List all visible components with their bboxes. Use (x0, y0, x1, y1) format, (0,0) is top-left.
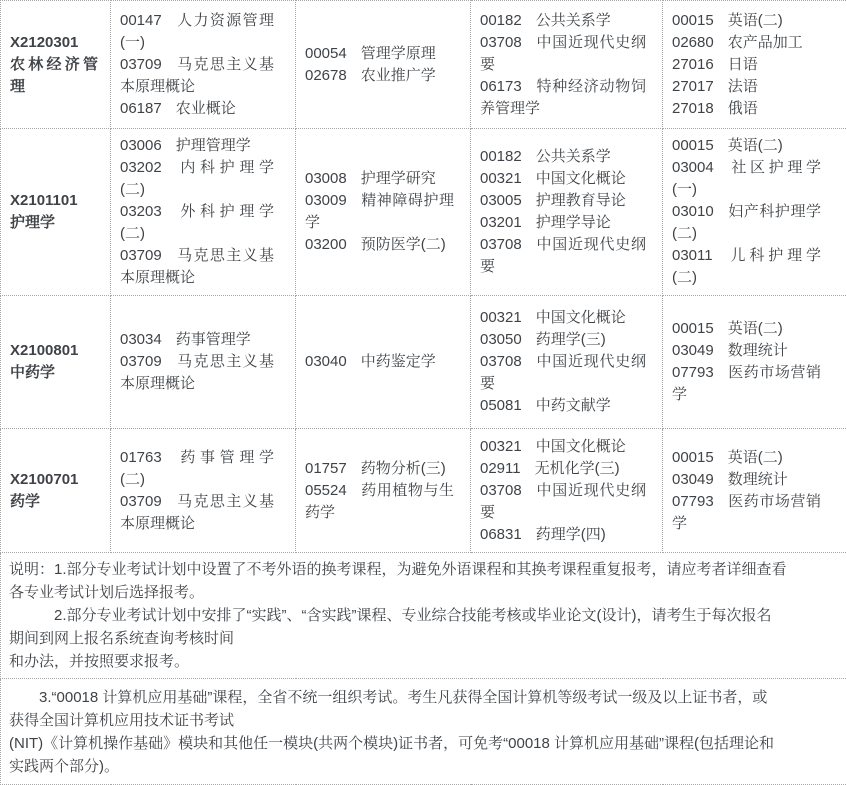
course-code: 03006 (120, 137, 162, 154)
course-title: 英语(二) (728, 320, 783, 337)
course-code: 03708 (480, 34, 522, 51)
notes-cell-1: 说明：1.部分专业考试计划中设置了不考外语的换考课程，为避免外语课程和其换考课程… (1, 553, 847, 679)
course-title: 护理管理学 (176, 137, 251, 154)
course-item: 03709马克思主义基本原理概论 (120, 491, 274, 535)
course-code: 03049 (672, 471, 714, 488)
course-title: 公共关系学 (536, 12, 611, 29)
course-item: 27018俄语 (672, 98, 821, 120)
course-item: 06173特种经济动物饲养管理学 (480, 76, 646, 120)
course-item: 03708中国近现代史纲要 (480, 32, 646, 76)
course-group-cell: 00054管理学原理02678农业推广学 (296, 1, 471, 129)
course-title: 英语(二) (728, 12, 783, 29)
course-code: 02911 (480, 460, 521, 477)
course-group-cell: 00015英语(二)03004社区护理学(一)03010妇产科护理学(二)030… (663, 129, 847, 296)
course-title: 药物分析(三) (361, 460, 446, 477)
course-item: 27017法语 (672, 76, 821, 98)
major-cell: X2101101护理学 (1, 129, 111, 296)
course-item: 03040中药鉴定学 (305, 351, 454, 373)
course-code: 05081 (480, 397, 522, 414)
course-code: 00182 (480, 148, 522, 165)
course-code: 27018 (672, 100, 714, 117)
course-title: 护理学导论 (536, 214, 611, 231)
course-group-cell: 00182公共关系学03708中国近现代史纲要06173特种经济动物饲养管理学 (471, 1, 663, 129)
course-code: 03011 (672, 247, 713, 264)
notes-cell-2: 3.“00018 计算机应用基础”课程，全省不统一组织考试。考生凡获得全国计算机… (1, 679, 847, 785)
course-code: 00015 (672, 449, 714, 466)
course-title: 中药鉴定学 (361, 353, 436, 370)
course-item: 03050药理学(三) (480, 329, 646, 351)
course-item: 03708中国近现代史纲要 (480, 480, 646, 524)
course-item: 02678农业推广学 (305, 65, 454, 87)
note-line: 和办法，并按照要求报考。 (9, 650, 839, 673)
course-code: 00321 (480, 438, 522, 455)
course-code: 27016 (672, 56, 714, 73)
course-item: 03201护理学导论 (480, 212, 646, 234)
course-group-cell: 03034药事管理学03709马克思主义基本原理概论 (111, 296, 296, 429)
course-item: 03708中国近现代史纲要 (480, 351, 646, 395)
course-item: 00015英语(二) (672, 447, 821, 469)
course-title: 数理统计 (728, 471, 788, 488)
course-item: 01757药物分析(三) (305, 458, 454, 480)
course-code: 00182 (480, 12, 522, 29)
course-title: 护理学研究 (361, 170, 436, 187)
course-code: 03004 (672, 159, 714, 176)
course-code: 03709 (120, 247, 162, 264)
course-item: 02911无机化学(三) (480, 458, 646, 480)
course-title: 管理学原理 (361, 45, 436, 62)
course-title: 药理学(三) (536, 331, 606, 348)
note-line: 获得全国计算机应用技术证书考试 (9, 709, 839, 732)
course-code: 03203 (120, 203, 162, 220)
course-code: 03010 (672, 203, 714, 220)
course-code: 03708 (480, 236, 522, 253)
course-code: 03009 (305, 192, 347, 209)
course-code: 00015 (672, 12, 714, 29)
major-code: X2100801 (10, 340, 98, 362)
course-item: 03708中国近现代史纲要 (480, 234, 646, 278)
note-line: 实践两个部分)。 (9, 755, 839, 778)
course-title: 药事管理学 (176, 331, 251, 348)
course-item: 03008护理学研究 (305, 168, 454, 190)
exam-course-plan-table: X2120301农林经济管理00147人力资源管理(一)03709马克思主义基本… (0, 0, 847, 785)
course-code: 05524 (305, 482, 347, 499)
course-item: 00015英语(二) (672, 10, 821, 32)
course-item: 03005护理教育导论 (480, 190, 646, 212)
course-code: 00015 (672, 137, 714, 154)
course-group-cell: 01763药事管理学(二)03709马克思主义基本原理概论 (111, 429, 296, 553)
course-code: 06831 (480, 526, 522, 543)
course-group-cell: 03040中药鉴定学 (296, 296, 471, 429)
course-title: 药理学(四) (536, 526, 606, 543)
course-item: 05081中药文献学 (480, 395, 646, 417)
course-code: 03005 (480, 192, 522, 209)
course-item: 01763药事管理学(二) (120, 447, 274, 491)
course-item: 03049数理统计 (672, 469, 821, 491)
course-item: 03010妇产科护理学(二) (672, 201, 821, 245)
course-code: 02680 (672, 34, 714, 51)
course-code: 03200 (305, 236, 347, 253)
course-title: 中国文化概论 (536, 438, 626, 455)
course-item: 00321中国文化概论 (480, 307, 646, 329)
course-group-cell: 00321中国文化概论03050药理学(三)03708中国近现代史纲要05081… (471, 296, 663, 429)
course-item: 00015英语(二) (672, 318, 821, 340)
course-code: 03049 (672, 342, 714, 359)
course-group-cell: 00147人力资源管理(一)03709马克思主义基本原理概论06187农业概论 (111, 1, 296, 129)
notes-row-2: 3.“00018 计算机应用基础”课程，全省不统一组织考试。考生凡获得全国计算机… (1, 679, 847, 785)
course-item: 00054管理学原理 (305, 43, 454, 65)
course-item: 03709马克思主义基本原理概论 (120, 54, 274, 98)
course-item: 06831药理学(四) (480, 524, 646, 546)
note-line: 2.部分专业考试计划中安排了“实践”、“含实践”课程、专业综合技能考核或毕业论文… (9, 604, 839, 627)
course-code: 27017 (672, 78, 714, 95)
major-code: X2120301 (10, 32, 98, 54)
course-code: 07793 (672, 493, 714, 510)
major-name: 中药学 (10, 362, 98, 384)
course-item: 07793医药市场营销学 (672, 491, 821, 535)
course-item: 03049数理统计 (672, 340, 821, 362)
course-item: 03009精神障碍护理学 (305, 190, 454, 234)
major-row: X2100701药学01763药事管理学(二)03709马克思主义基本原理概论0… (1, 429, 847, 553)
course-group-cell: 03008护理学研究03009精神障碍护理学03200预防医学(二) (296, 129, 471, 296)
course-code: 03708 (480, 353, 522, 370)
course-code: 00321 (480, 170, 522, 187)
course-group-cell: 00182公共关系学00321中国文化概论03005护理教育导论03201护理学… (471, 129, 663, 296)
course-group-cell: 00321中国文化概论02911无机化学(三)03708中国近现代史纲要0683… (471, 429, 663, 553)
major-name: 护理学 (10, 212, 98, 234)
course-title: 农产品加工 (728, 34, 803, 51)
course-item: 03006护理管理学 (120, 135, 274, 157)
course-group-cell: 00015英语(二)03049数理统计07793医药市场营销学 (663, 429, 847, 553)
course-item: 05524药用植物与生药学 (305, 480, 454, 524)
course-code: 03709 (120, 493, 162, 510)
course-code: 03040 (305, 353, 347, 370)
course-title: 无机化学(三) (535, 460, 620, 477)
course-code: 00321 (480, 309, 522, 326)
major-row: X2100801中药学03034药事管理学03709马克思主义基本原理概论030… (1, 296, 847, 429)
major-cell: X2100801中药学 (1, 296, 111, 429)
course-item: 03200预防医学(二) (305, 234, 454, 256)
major-cell: X2100701药学 (1, 429, 111, 553)
note-line: (NIT)《计算机操作基础》模块和其他任一模块(共两个模块)证书者，可免考“00… (9, 732, 839, 755)
course-item: 00321中国文化概论 (480, 168, 646, 190)
note-line: 期间到网上报名系统查询考核时间 (9, 627, 839, 650)
course-group-cell: 01757药物分析(三)05524药用植物与生药学 (296, 429, 471, 553)
course-item: 06187农业概论 (120, 98, 274, 120)
course-title: 预防医学(二) (361, 236, 446, 253)
course-item: 00147人力资源管理(一) (120, 10, 274, 54)
note-line: 说明：1.部分专业考试计划中设置了不考外语的换考课程，为避免外语课程和其换考课程… (9, 558, 839, 581)
course-title: 中药文献学 (536, 397, 611, 414)
course-group-cell: 00015英语(二)03049数理统计07793医药市场营销学 (663, 296, 847, 429)
course-code: 03008 (305, 170, 347, 187)
course-title: 农业概论 (176, 100, 236, 117)
course-title: 法语 (728, 78, 758, 95)
course-item: 00015英语(二) (672, 135, 821, 157)
major-row: X2120301农林经济管理00147人力资源管理(一)03709马克思主义基本… (1, 1, 847, 129)
course-group-cell: 03006护理管理学03202内科护理学(二)03203外科护理学(二)0370… (111, 129, 296, 296)
course-code: 03709 (120, 353, 162, 370)
course-code: 03050 (480, 331, 522, 348)
course-title: 中国文化概论 (536, 309, 626, 326)
course-group-cell: 00015英语(二)02680农产品加工27016日语27017法语27018俄… (663, 1, 847, 129)
course-title: 俄语 (728, 100, 758, 117)
course-code: 00054 (305, 45, 347, 62)
course-title: 护理教育导论 (536, 192, 626, 209)
course-code: 00015 (672, 320, 714, 337)
course-item: 00182公共关系学 (480, 146, 646, 168)
course-title: 农业推广学 (361, 67, 436, 84)
course-item: 03011儿科护理学(二) (672, 245, 821, 289)
course-item: 03709马克思主义基本原理概论 (120, 351, 274, 395)
course-title: 公共关系学 (536, 148, 611, 165)
course-item: 07793医药市场营销学 (672, 362, 821, 406)
course-item: 27016日语 (672, 54, 821, 76)
course-item: 00182公共关系学 (480, 10, 646, 32)
course-title: 中国文化概论 (536, 170, 626, 187)
course-title: 英语(二) (728, 137, 783, 154)
course-code: 01763 (120, 449, 162, 466)
course-code: 06187 (120, 100, 162, 117)
course-item: 03034药事管理学 (120, 329, 274, 351)
major-row: X2101101护理学03006护理管理学03202内科护理学(二)03203外… (1, 129, 847, 296)
course-code: 03708 (480, 482, 522, 499)
major-name: 药学 (10, 491, 98, 513)
course-item: 03202内科护理学(二) (120, 157, 274, 201)
course-item: 03709马克思主义基本原理概论 (120, 245, 274, 289)
major-cell: X2120301农林经济管理 (1, 1, 111, 129)
course-code: 03034 (120, 331, 162, 348)
note-line: 各专业考试计划后选择报考。 (9, 581, 839, 604)
course-code: 03201 (480, 214, 522, 231)
notes-row-1: 说明：1.部分专业考试计划中设置了不考外语的换考课程，为避免外语课程和其换考课程… (1, 553, 847, 679)
exam-course-plan-body: X2120301农林经济管理00147人力资源管理(一)03709马克思主义基本… (1, 1, 847, 785)
course-item: 02680农产品加工 (672, 32, 821, 54)
course-code: 00147 (120, 12, 162, 29)
course-item: 03203外科护理学(二) (120, 201, 274, 245)
major-code: X2100701 (10, 469, 98, 491)
course-code: 01757 (305, 460, 347, 477)
course-title: 英语(二) (728, 449, 783, 466)
major-name: 农林经济管理 (10, 54, 98, 98)
course-code: 06173 (480, 78, 522, 95)
major-code: X2101101 (10, 190, 98, 212)
course-code: 02678 (305, 67, 347, 84)
course-code: 03202 (120, 159, 162, 176)
course-code: 03709 (120, 56, 162, 73)
note-line: 3.“00018 计算机应用基础”课程，全省不统一组织考试。考生凡获得全国计算机… (9, 686, 839, 709)
course-item: 03004社区护理学(一) (672, 157, 821, 201)
course-item: 00321中国文化概论 (480, 436, 646, 458)
course-code: 07793 (672, 364, 714, 381)
course-title: 日语 (728, 56, 758, 73)
course-title: 数理统计 (728, 342, 788, 359)
